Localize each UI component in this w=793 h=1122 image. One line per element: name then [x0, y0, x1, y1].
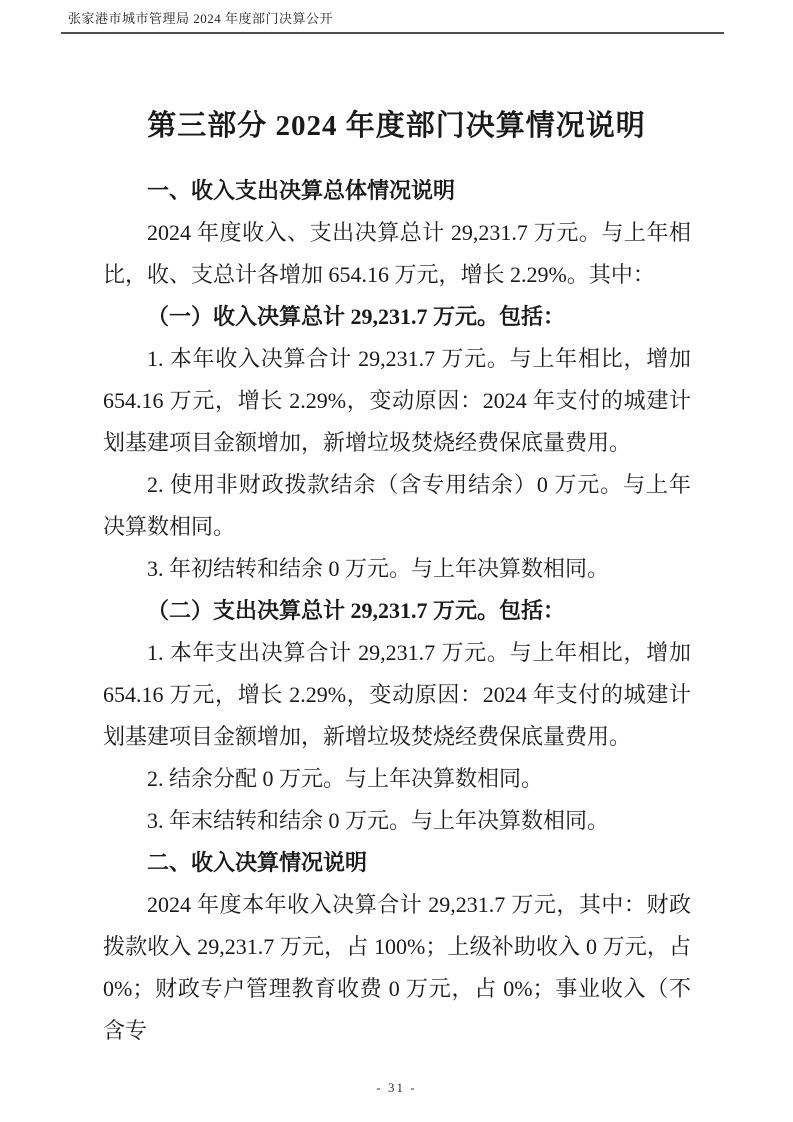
page-number: - 31 -: [376, 1080, 416, 1095]
paragraph: 1. 本年支出决算合计 29,231.7 万元。与上年相比，增加 654.16 …: [103, 632, 691, 758]
section-heading: （二）支出决算总计 29,231.7 万元。包括：: [103, 590, 691, 632]
paragraph: 3. 年初结转和结余 0 万元。与上年决算数相同。: [103, 548, 691, 590]
page-footer: - 31 -: [0, 1080, 793, 1096]
section-heading: 一、收入支出决算总体情况说明: [103, 170, 691, 212]
paragraph: 1. 本年收入决算合计 29,231.7 万元。与上年相比，增加 654.16 …: [103, 338, 691, 464]
paragraph: 2024 年度收入、支出决算总计 29,231.7 万元。与上年相比，收、支总计…: [103, 212, 691, 296]
paragraph: 2024 年度本年收入决算合计 29,231.7 万元，其中：财政拨款收入 29…: [103, 884, 691, 1052]
section-heading: （一）收入决算总计 29,231.7 万元。包括：: [103, 296, 691, 338]
document-page: 张家港市城市管理局 2024 年度部门决算公开 第三部分 2024 年度部门决算…: [0, 0, 793, 1122]
paragraph: 2. 使用非财政拨款结余（含专用结余）0 万元。与上年决算数相同。: [103, 464, 691, 548]
document-body: 一、收入支出决算总体情况说明2024 年度收入、支出决算总计 29,231.7 …: [103, 170, 691, 1052]
paragraph: 3. 年末结转和结余 0 万元。与上年决算数相同。: [103, 800, 691, 842]
paragraph: 2. 结余分配 0 万元。与上年决算数相同。: [103, 758, 691, 800]
document-title: 第三部分 2024 年度部门决算情况说明: [0, 103, 793, 144]
section-heading: 二、收入决算情况说明: [103, 842, 691, 884]
header-text: 张家港市城市管理局 2024 年度部门决算公开: [68, 11, 333, 26]
page-header: 张家港市城市管理局 2024 年度部门决算公开: [61, 8, 724, 34]
